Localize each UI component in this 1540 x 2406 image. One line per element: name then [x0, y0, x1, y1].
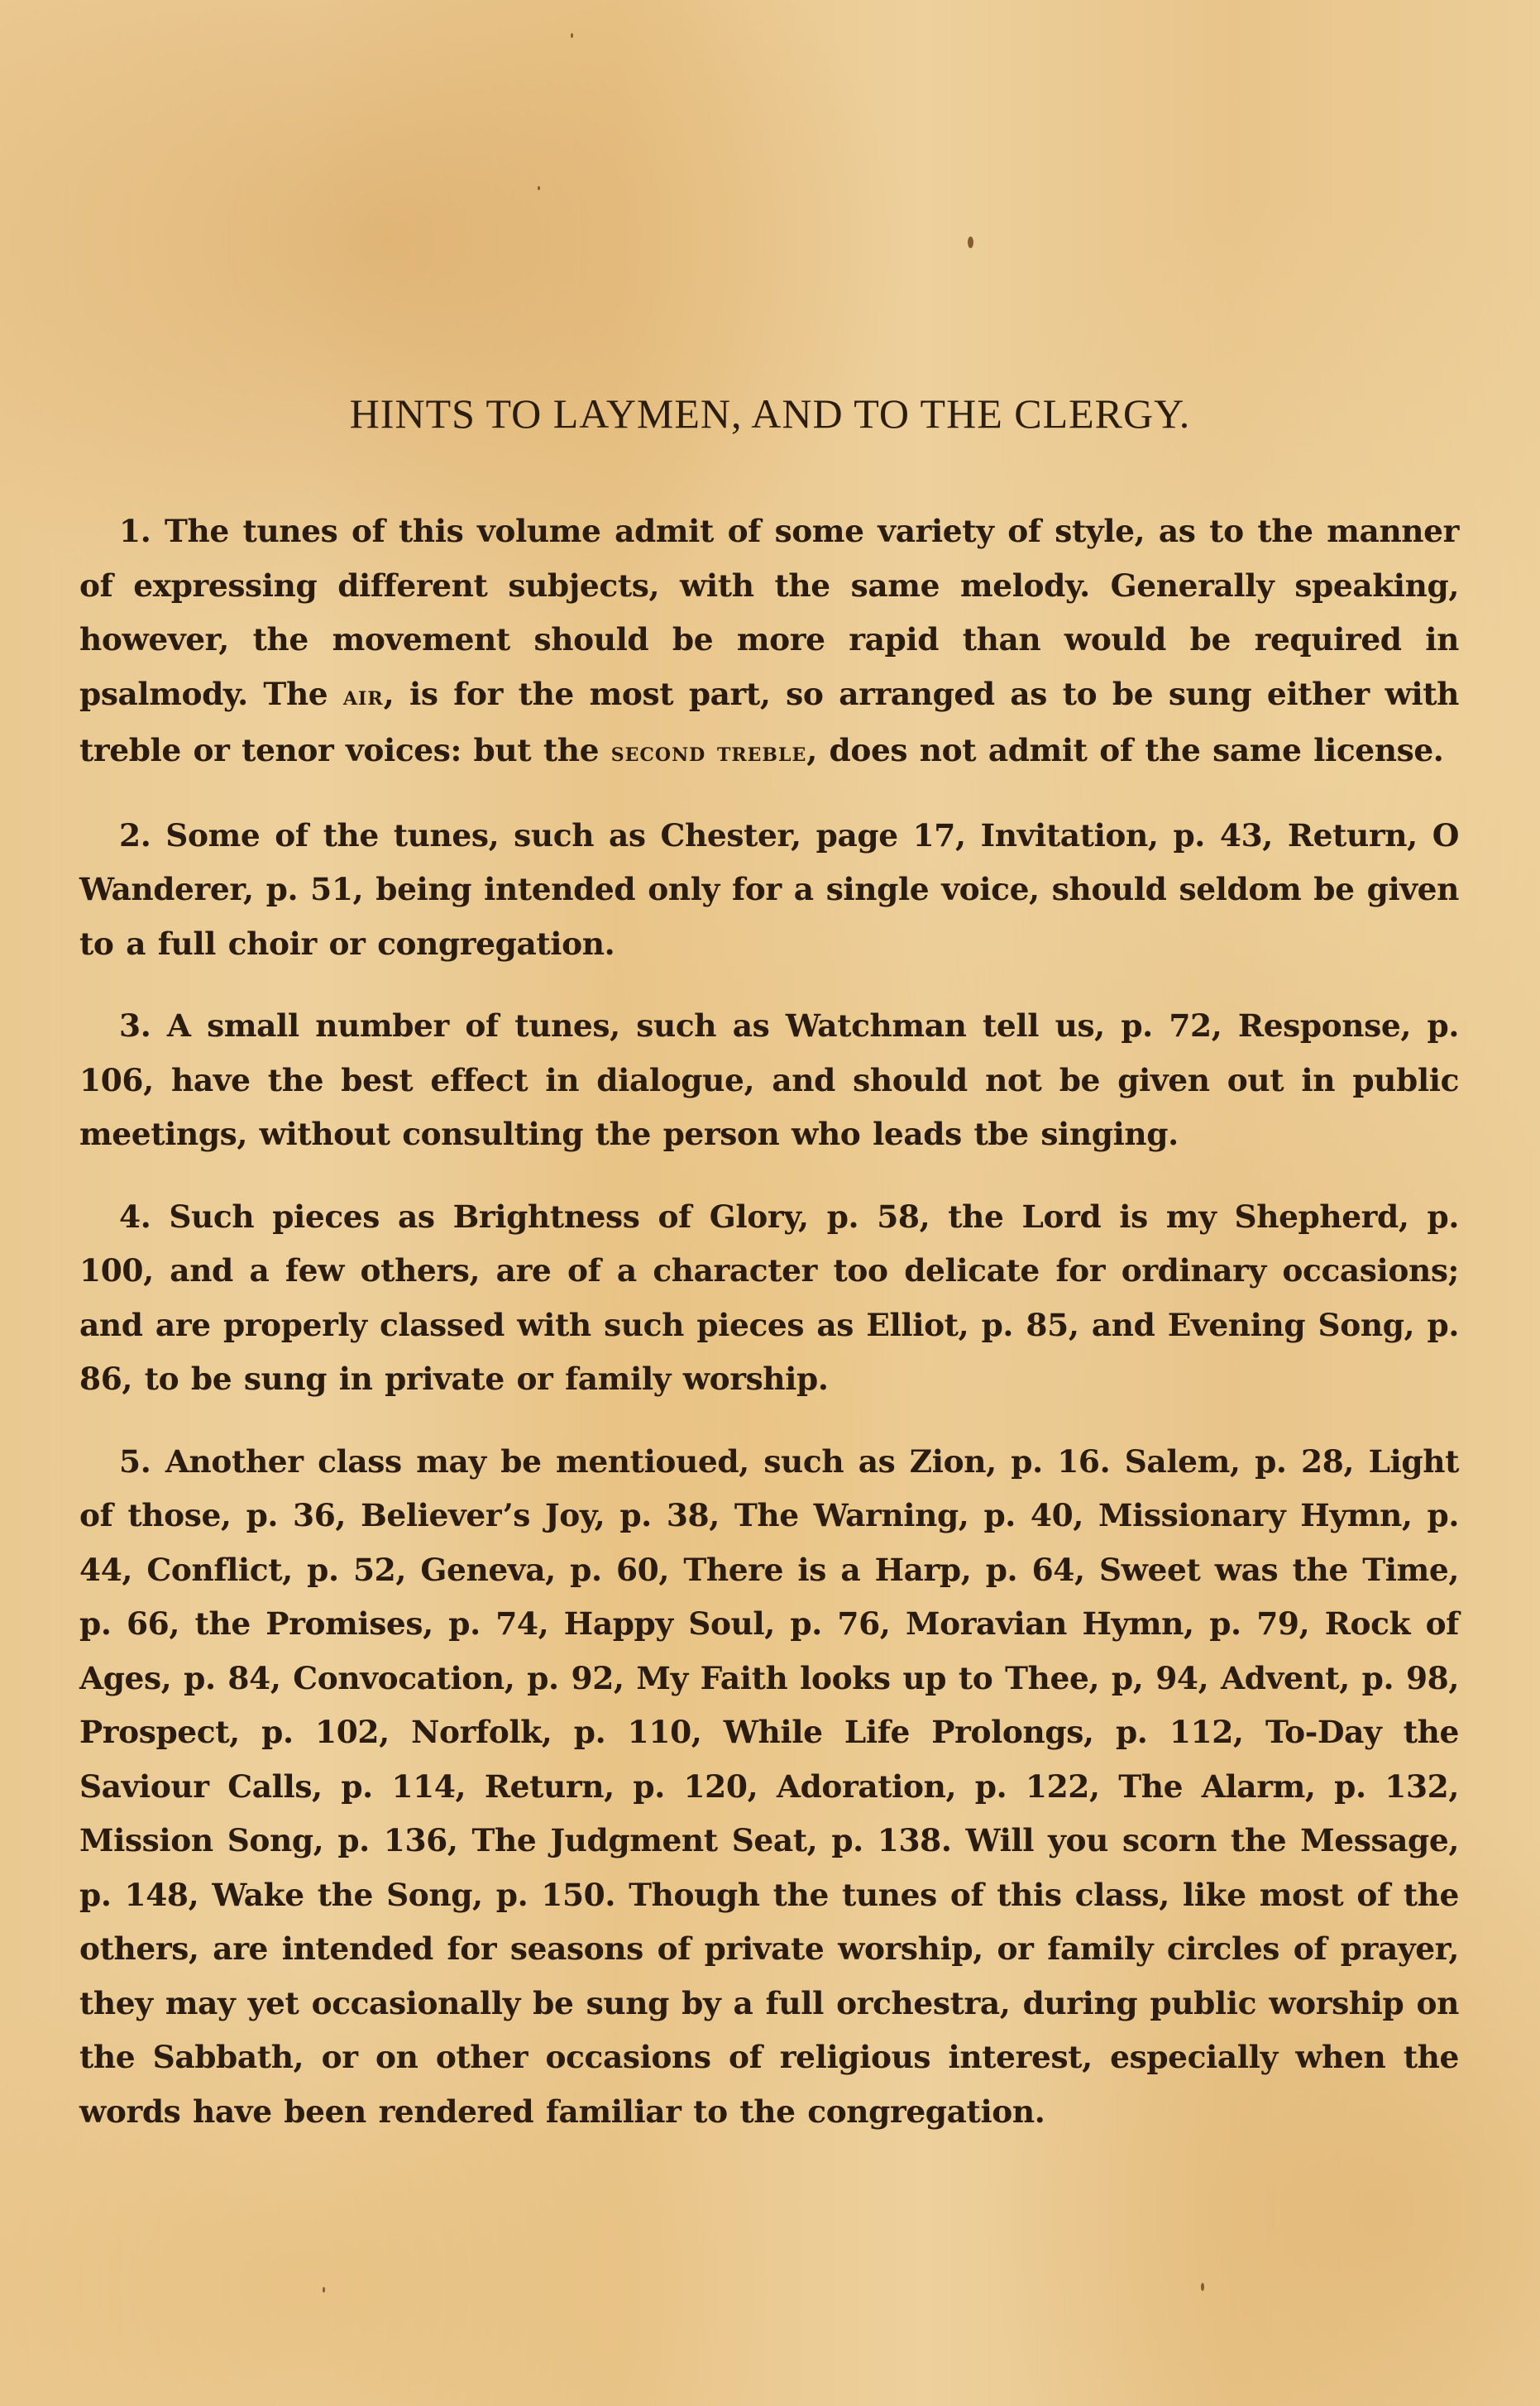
paragraph-number: 1.	[119, 513, 151, 549]
small-caps-term-second-treble: SECOND TREBLE	[611, 738, 806, 768]
paragraph-1: 1. The tunes of this volume admit of som…	[79, 505, 1459, 781]
page-body: 1. The tunes of this volume admit of som…	[79, 505, 1459, 2167]
paper-speck	[538, 186, 540, 190]
paper-speck	[968, 237, 973, 248]
paragraph-number: 5.	[119, 1443, 151, 1480]
paper-speck	[323, 2287, 325, 2293]
paragraph-5: 5. Another class may be mentioued, such …	[79, 1435, 1459, 2140]
paragraph-3: 3. A small number of tunes, such as Watc…	[79, 999, 1459, 1162]
paper-speck	[1201, 2283, 1204, 2291]
paragraph-2: 2. Some of the tunes, such as Chester, p…	[79, 809, 1459, 972]
paragraph-number: 2.	[119, 817, 151, 854]
paragraph-number: 4.	[119, 1198, 151, 1235]
page-title: HINTS TO LAYMEN, AND TO THE CLERGY.	[0, 389, 1540, 438]
paper-speck	[571, 33, 573, 38]
paragraph-text: A small number of tunes, such as Watchma…	[79, 1007, 1459, 1152]
paragraph-text: Some of the tunes, such as Chester, page…	[79, 817, 1459, 962]
paragraph-text: Such pieces as Brightness of Glory, p. 5…	[79, 1198, 1459, 1398]
paragraph-number: 3.	[119, 1007, 151, 1044]
paragraph-text: , does not admit of the same license.	[806, 732, 1443, 768]
paragraph-4: 4. Such pieces as Brightness of Glory, p…	[79, 1190, 1459, 1407]
paragraph-text: Another class may be mentioued, such as …	[79, 1443, 1459, 2130]
small-caps-term-air: AIR	[343, 682, 384, 711]
book-page: HINTS TO LAYMEN, AND TO THE CLERGY. 1. T…	[0, 0, 1540, 2406]
